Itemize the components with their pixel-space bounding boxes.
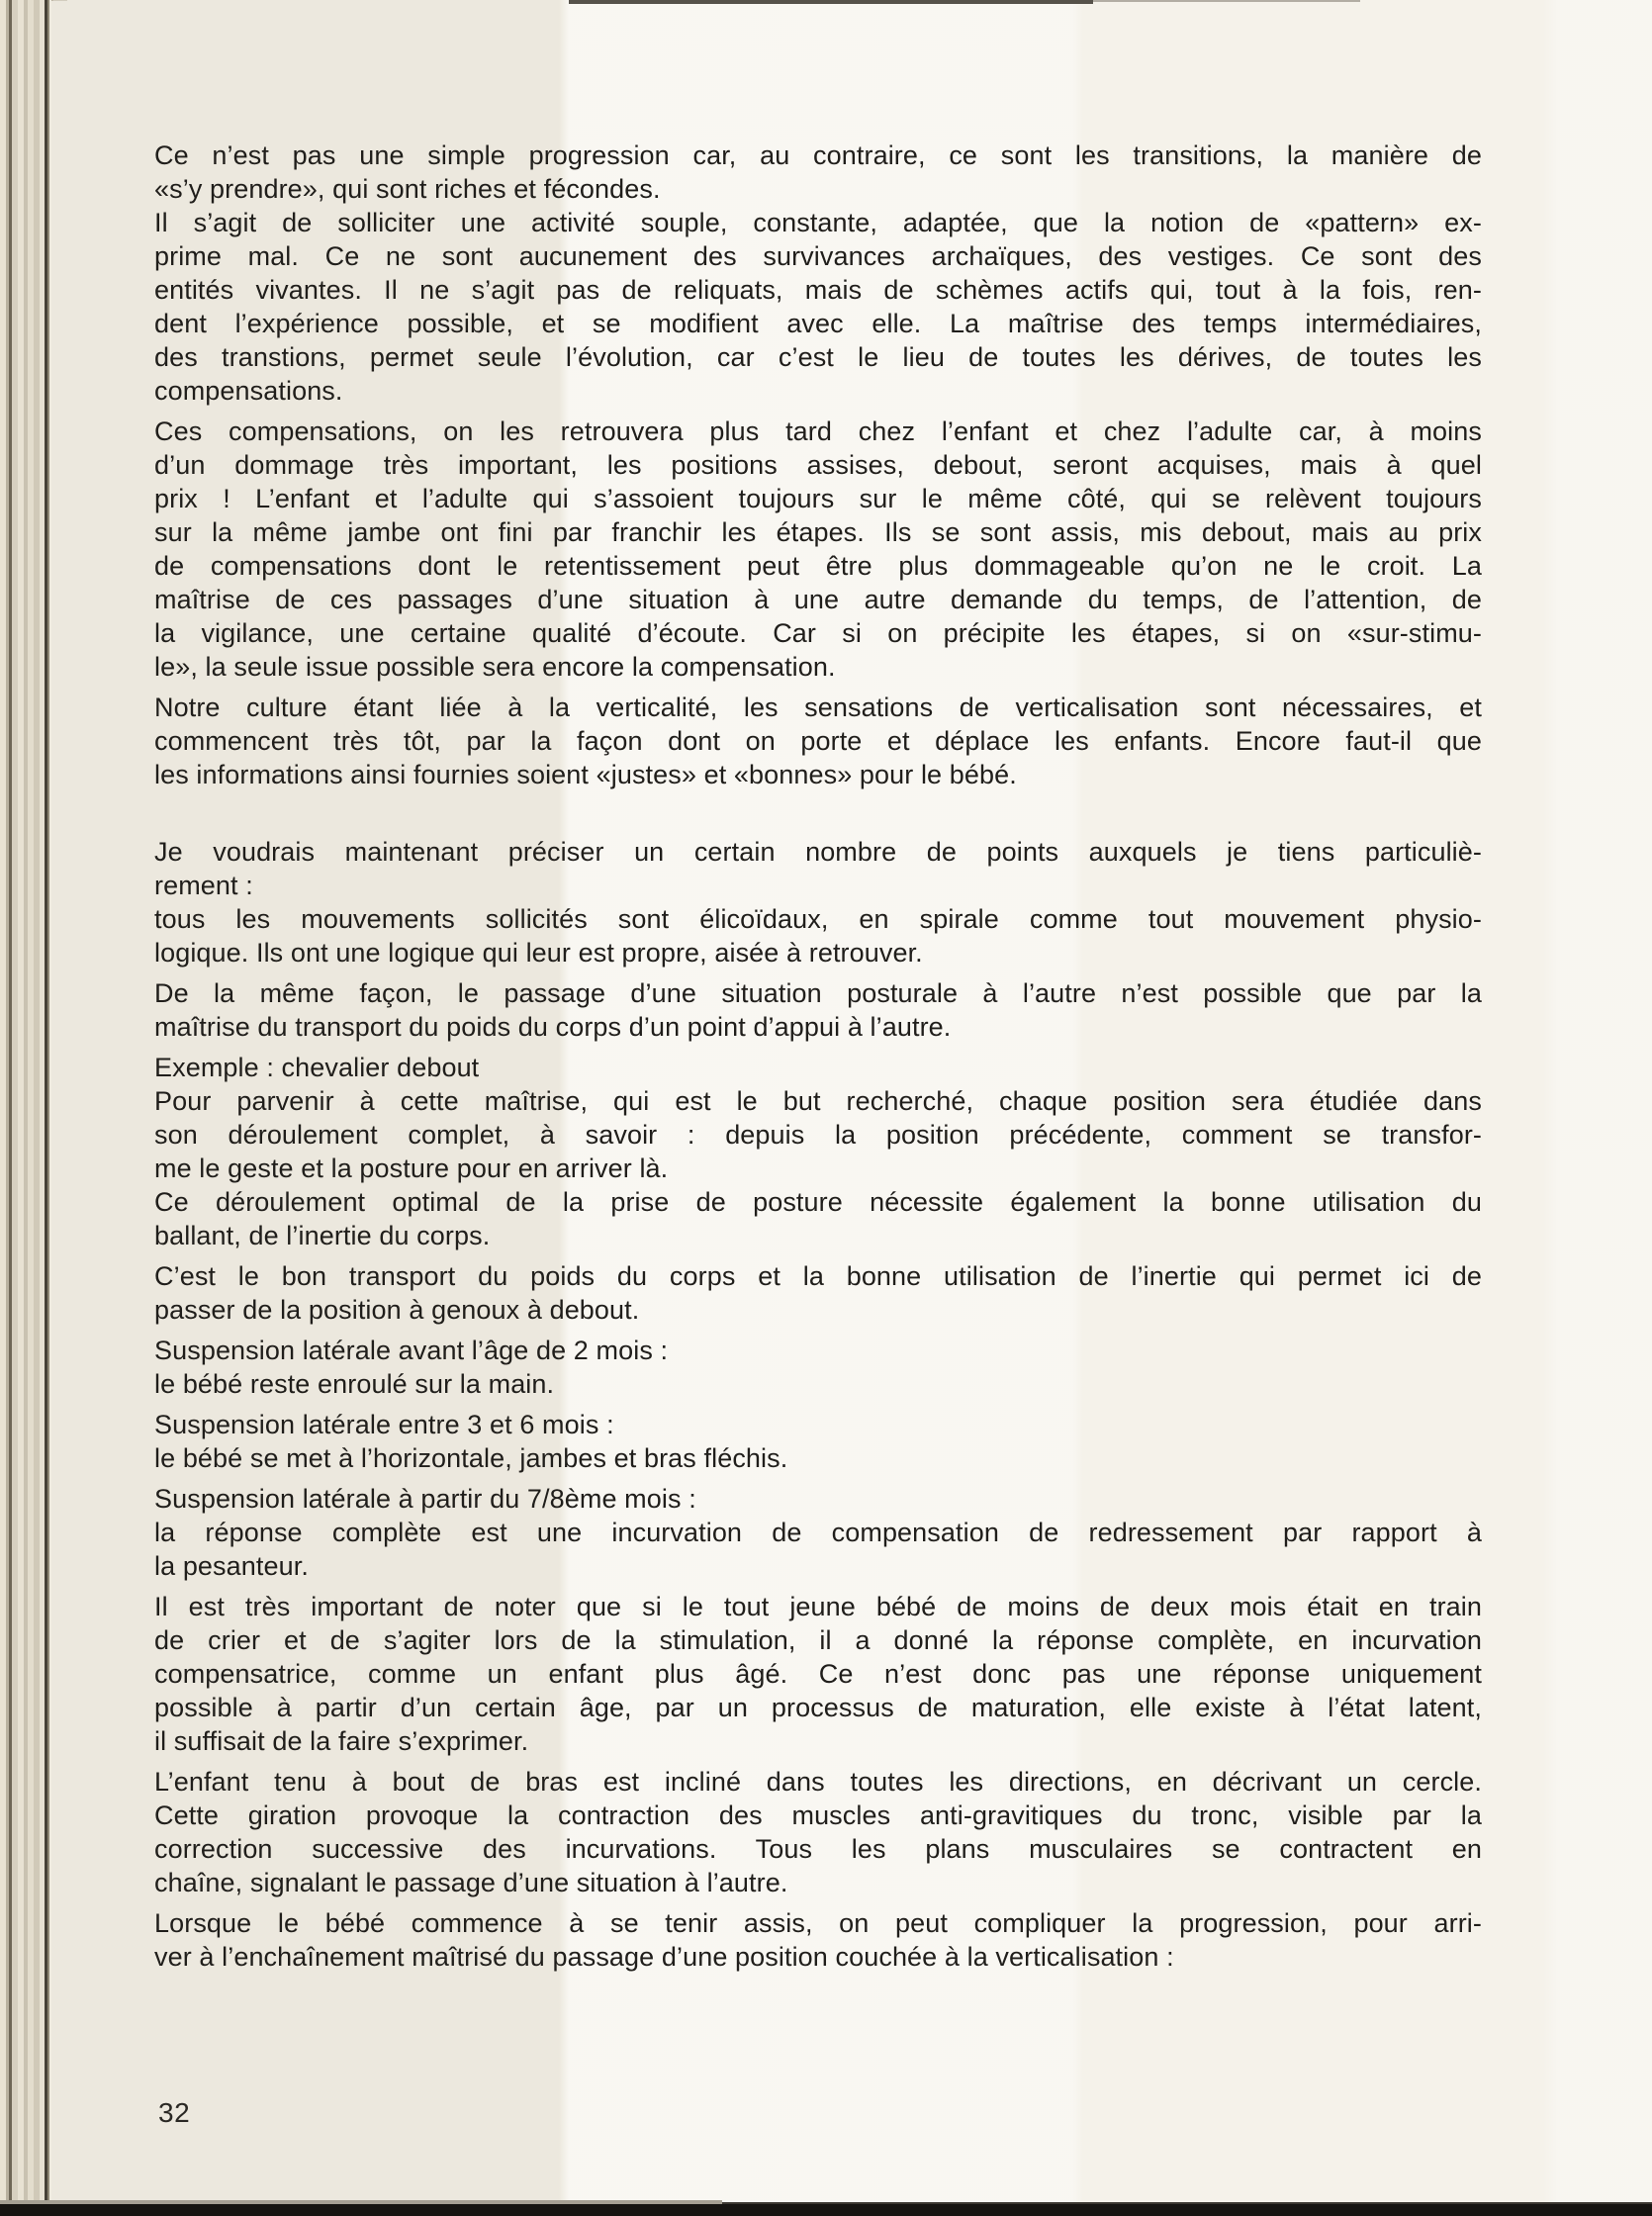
text-line: sur la même jambe ont fini par franchir … — [154, 515, 1482, 549]
paragraph: Ces compensations, on les retrouvera plu… — [154, 415, 1482, 684]
paragraph: L’enfant tenu à bout de bras est incliné… — [154, 1765, 1482, 1899]
text-line: Suspension latérale à partir du 7/8ème m… — [154, 1482, 1482, 1516]
text-line: C’est le bon transport du poids du corps… — [154, 1259, 1482, 1293]
paragraph: le bébé reste enroulé sur la main. — [154, 1367, 1482, 1401]
paragraph: tous les mouvements sollicités sont élic… — [154, 902, 1482, 969]
text-line: prime mal. Ce ne sont aucunement des sur… — [154, 239, 1482, 273]
text-line: Suspension latérale avant l’âge de 2 moi… — [154, 1334, 1482, 1367]
paragraph: le bébé se met à l’horizontale, jambes e… — [154, 1441, 1482, 1475]
paragraph: Suspension latérale avant l’âge de 2 moi… — [154, 1334, 1482, 1367]
paragraph: Exemple : chevalier debout — [154, 1051, 1482, 1084]
text-line: de compensations dont le retentissement … — [154, 549, 1482, 583]
text-line: Ce n’est pas une simple progression car,… — [154, 138, 1482, 172]
paragraph: Ce n’est pas une simple progression car,… — [154, 138, 1482, 206]
text-line: tous les mouvements sollicités sont élic… — [154, 902, 1482, 936]
text-line: la vigilance, une certaine qualité d’éco… — [154, 616, 1482, 650]
text-line: passer de la position à genoux à debout. — [154, 1293, 1482, 1327]
text-line: Ces compensations, on les retrouvera plu… — [154, 415, 1482, 448]
text-line: d’un dommage très important, les positio… — [154, 448, 1482, 482]
text-line: Je voudrais maintenant préciser un certa… — [154, 835, 1482, 869]
text-line: logique. Ils ont une logique qui leur es… — [154, 936, 1482, 969]
paragraph: Il s’agit de solliciter une activité sou… — [154, 206, 1482, 408]
text-line: prix ! L’enfant et l’adulte qui s’assoie… — [154, 482, 1482, 515]
text-line: le», la seule issue possible sera encore… — [154, 650, 1482, 684]
paragraph: C’est le bon transport du poids du corps… — [154, 1259, 1482, 1327]
text-line: le bébé reste enroulé sur la main. — [154, 1367, 1482, 1401]
paragraph: Lorsque le bébé commence à se tenir assi… — [154, 1906, 1482, 1974]
text-line: Lorsque le bébé commence à se tenir assi… — [154, 1906, 1482, 1940]
text-line: compensations. — [154, 374, 1482, 408]
text-line: Il est très important de noter que si le… — [154, 1590, 1482, 1623]
text-line: correction successive des incurvations. … — [154, 1832, 1482, 1866]
text-line: la pesanteur. — [154, 1549, 1482, 1583]
paragraph: Notre culture étant liée à la verticalit… — [154, 691, 1482, 791]
text-line: de crier et de s’agiter lors de la stimu… — [154, 1623, 1482, 1657]
text-line: des transtions, permet seule l’évolution… — [154, 340, 1482, 374]
scan-top-edge — [569, 0, 1093, 4]
text-line: Cette giration provoque la contraction d… — [154, 1799, 1482, 1832]
text-column: Ce n’est pas une simple progression car,… — [154, 138, 1482, 1974]
text-line: maîtrise du transport du poids du corps … — [154, 1010, 1482, 1044]
text-line: commencent très tôt, par la façon dont o… — [154, 724, 1482, 758]
text-line: le bébé se met à l’horizontale, jambes e… — [154, 1441, 1482, 1475]
scan-top-edge-light — [1093, 0, 1360, 2]
text-line: rement : — [154, 869, 1482, 902]
text-line: De la même façon, le passage d’une situa… — [154, 976, 1482, 1010]
text-line: les informations ainsi fournies soient «… — [154, 758, 1482, 791]
paragraph: De la même façon, le passage d’une situa… — [154, 976, 1482, 1044]
text-line: Ce déroulement optimal de la prise de po… — [154, 1185, 1482, 1219]
paragraph: Je voudrais maintenant préciser un certa… — [154, 835, 1482, 902]
text-line: maîtrise de ces passages d’une situation… — [154, 583, 1482, 616]
paragraph: Suspension latérale entre 3 et 6 mois : — [154, 1408, 1482, 1441]
paragraph: Pour parvenir à cette maîtrise, qui est … — [154, 1084, 1482, 1185]
text-line: ver à l’enchaînement maîtrisé du passage… — [154, 1940, 1482, 1974]
paragraph: Ce déroulement optimal de la prise de po… — [154, 1185, 1482, 1252]
scan-bottom-edge — [0, 2204, 1652, 2216]
text-line: ballant, de l’inertie du corps. — [154, 1219, 1482, 1252]
text-line: la réponse complète est une incurvation … — [154, 1516, 1482, 1549]
text-line: Exemple : chevalier debout — [154, 1051, 1482, 1084]
paragraph: Suspension latérale à partir du 7/8ème m… — [154, 1482, 1482, 1516]
text-line: chaîne, signalant le passage d’une situa… — [154, 1866, 1482, 1899]
text-line: il suffisait de la faire s’exprimer. — [154, 1724, 1482, 1758]
text-line: «s’y prendre», qui sont riches et fécond… — [154, 172, 1482, 206]
text-line: entités vivantes. Il ne s’agit pas de re… — [154, 273, 1482, 307]
text-line: L’enfant tenu à bout de bras est incliné… — [154, 1765, 1482, 1799]
text-line: Il s’agit de solliciter une activité sou… — [154, 206, 1482, 239]
text-line: me le geste et la posture pour en arrive… — [154, 1152, 1482, 1185]
text-line: dent l’expérience possible, et se modifi… — [154, 307, 1482, 340]
text-line: compensatrice, comme un enfant plus âgé.… — [154, 1657, 1482, 1691]
text-line: Notre culture étant liée à la verticalit… — [154, 691, 1482, 724]
paragraph: la réponse complète est une incurvation … — [154, 1516, 1482, 1583]
text-line: possible à partir d’un certain âge, par … — [154, 1691, 1482, 1724]
page-number: 32 — [158, 2097, 190, 2129]
book-page-stack-edge — [0, 0, 51, 2216]
text-line: son déroulement complet, à savoir : depu… — [154, 1118, 1482, 1152]
text-line: Suspension latérale entre 3 et 6 mois : — [154, 1408, 1482, 1441]
paragraph: Il est très important de noter que si le… — [154, 1590, 1482, 1758]
text-line: Pour parvenir à cette maîtrise, qui est … — [154, 1084, 1482, 1118]
